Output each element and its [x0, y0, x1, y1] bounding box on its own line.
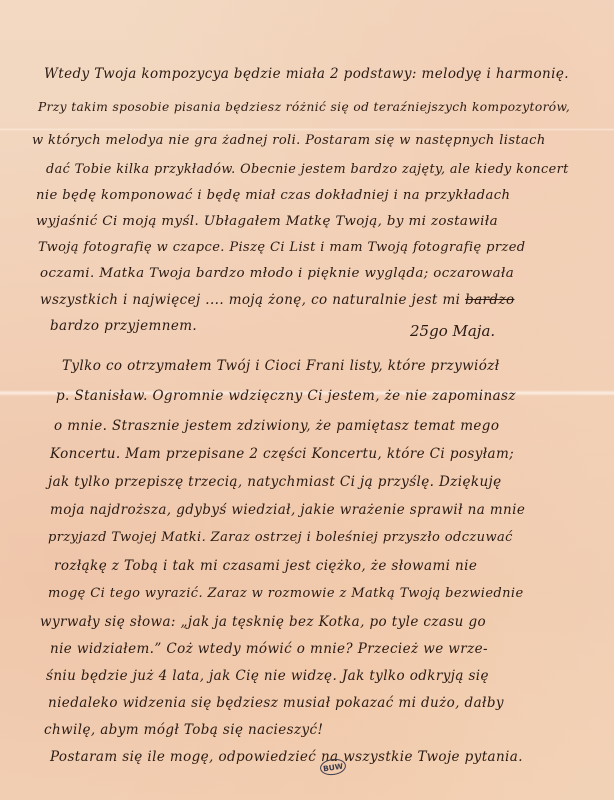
letter-line: w których melodya nie gra żadnej roli. P…: [32, 133, 546, 148]
letter-line: wyrwały się słowa: „jak ja tęsknię bez K…: [40, 614, 486, 630]
letter-line: p. Stanisław. Ogromnie wdzięczny Ci jest…: [56, 388, 516, 404]
handwritten-letter-page: Wtedy Twoja kompozycya będzie miała 2 po…: [0, 0, 614, 800]
letter-line: Twoją fotografię w czapce. Piszę Ci List…: [38, 240, 526, 255]
letter-line: Tylko co otrzymałem Twój i Cioci Frani l…: [62, 358, 500, 374]
letter-line: nie będę komponować i będę miał czas dok…: [36, 188, 510, 203]
letter-line: wszystkich i najwięcej .... moją żonę, c…: [40, 292, 515, 308]
letter-line: śniu będzie już 4 lata, jak Cię nie widz…: [46, 668, 489, 684]
letter-line-text: wszystkich i najwięcej .... moją żonę, c…: [40, 292, 460, 308]
letter-line: przyjazd Twojej Matki. Zaraz ostrzej i b…: [48, 530, 513, 545]
letter-line: bardzo przyjemnem.: [50, 318, 197, 334]
letter-line: Koncertu. Mam przepisane 2 części Koncer…: [50, 446, 514, 462]
letter-line: rozłąkę z Tobą i tak mi czasami jest cię…: [54, 558, 477, 574]
letter-line: jak tylko przepiszę trzecią, natychmiast…: [48, 474, 502, 490]
paper-crease: [0, 128, 614, 131]
letter-line: dać Tobie kilka przykładów. Obecnie jest…: [46, 162, 569, 177]
letter-line: Przy takim sposobie pisania będziesz róż…: [38, 100, 570, 114]
letter-line: wyjaśnić Ci moją myśl. Ubłagałem Matkę T…: [36, 214, 498, 229]
letter-line: oczami. Matka Twoja bardzo młodo i piękn…: [40, 266, 514, 281]
letter-line: moja najdroższa, gdybyś wiedział, jakie …: [50, 502, 525, 518]
struck-out-word: bardzo: [465, 292, 514, 308]
letter-line: nie widziałem.” Coż wtedy mówić o mnie? …: [50, 641, 488, 657]
letter-line: o mnie. Strasznie jestem zdziwiony, że p…: [54, 418, 499, 434]
letter-line: mogę Ci tego wyrazić. Zaraz w rozmowie z…: [48, 586, 524, 601]
letter-line: Postaram się ile mogę, odpowiedzieć na w…: [50, 749, 523, 765]
letter-date: 25go Maja.: [410, 322, 495, 340]
letter-line: chwilę, abym mógł Tobą się nacieszyć!: [44, 722, 323, 738]
letter-line: Wtedy Twoja kompozycya będzie miała 2 po…: [44, 66, 569, 82]
letter-line: niedaleko widzenia się będziesz musiał p…: [48, 695, 504, 711]
